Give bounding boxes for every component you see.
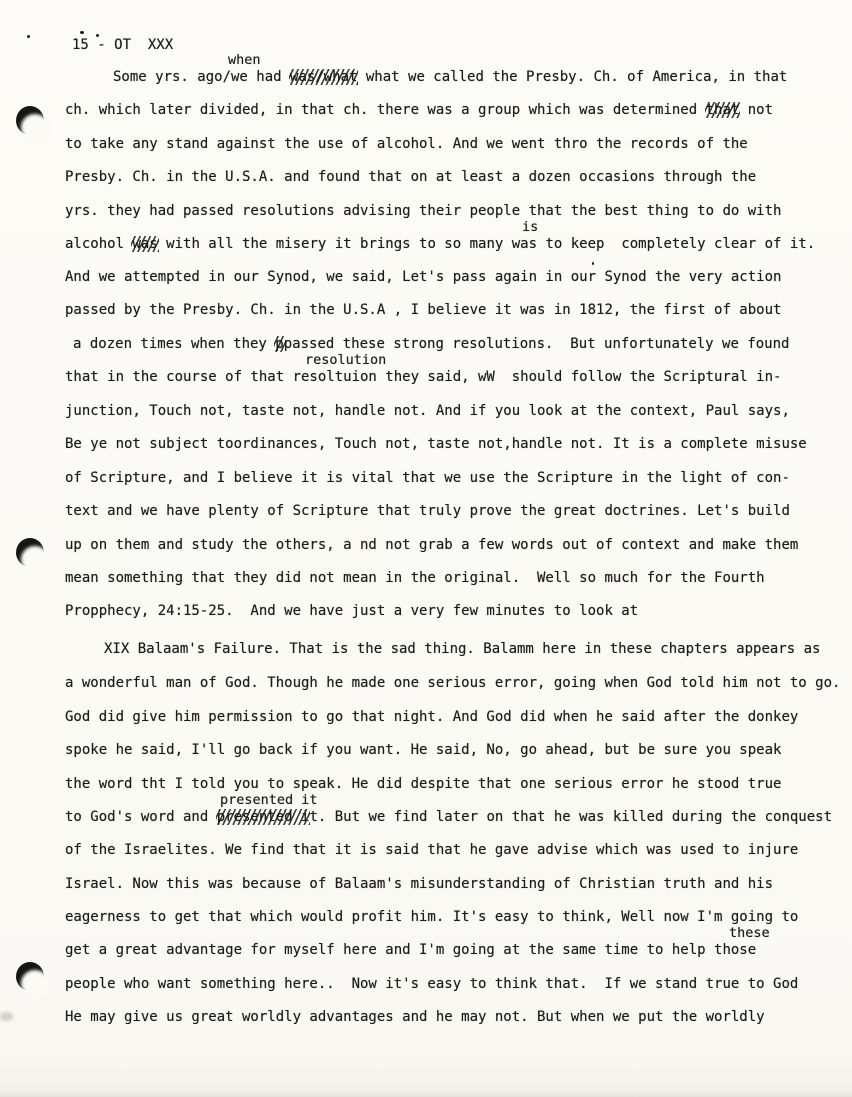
inserted-word: is (522, 219, 538, 235)
struck-text: presented i (217, 808, 310, 826)
typed-text: the word tht I told you to speak. He did… (65, 776, 781, 792)
typed-text: people who want something here.. Now it'… (65, 976, 798, 992)
typed-text: passed by the Presby. Ch. in the U.S.A ,… (65, 302, 781, 318)
typed-text: alcohol (65, 236, 132, 252)
typed-text: not (739, 102, 773, 118)
typed-line: of the Israelites. We find that it is sa… (65, 841, 798, 859)
typed-line: Propphecy, 24:15-25. And we have just a … (65, 602, 638, 620)
typed-line: text and we have plenty of Scripture tha… (65, 502, 790, 520)
typed-line: a wonderful man of God. Though he made o… (65, 674, 840, 692)
typed-text: text and we have plenty of Scripture tha… (65, 503, 790, 519)
inserted-word: presented it (220, 792, 318, 808)
typed-text: to God's word and (65, 809, 217, 825)
struck-text: was (132, 235, 157, 253)
typed-text: XIX Balaam's Failure. That is the sad th… (104, 641, 820, 657)
typed-text: a dozen times when they (73, 336, 275, 352)
typed-line: of Scripture, and I believe it is vital … (65, 469, 790, 487)
typed-text: t. But we find later on that he was kill… (309, 809, 832, 825)
typed-text: that in the course of that resoltuion th… (65, 369, 781, 385)
typed-text: get a great advantage for myself here an… (65, 942, 756, 958)
typed-text: Some yrs. ago/we had (113, 69, 290, 85)
punch-hole-mark (16, 106, 44, 135)
typed-line: junction, Touch not, taste not, handle n… (65, 402, 790, 420)
struck-text: p (275, 335, 283, 353)
typed-line: passed by the Presby. Ch. in the U.S.A ,… (65, 301, 781, 319)
typed-line: Some yrs. ago/we had was/what what we ca… (113, 68, 787, 86)
typed-text: up on them and study the others, a nd no… (65, 537, 798, 553)
typed-text: of the Israelites. We find that it is sa… (65, 842, 798, 858)
punch-hole-mark (16, 962, 44, 991)
typed-line: the word tht I told you to speak. He did… (65, 775, 781, 793)
typed-line: spoke he said, I'll go back if you want.… (65, 741, 781, 759)
typed-text: yrs. they had passed resolutions advisin… (65, 203, 781, 219)
typed-text: eagerness to get that which would profit… (65, 909, 798, 925)
typed-text: And we attempted in our Synod, we said, … (65, 269, 781, 285)
typed-text: a wonderful man of God. Though he made o… (65, 675, 840, 691)
struck-text: that (706, 101, 740, 119)
typed-line: get a great advantage for myself here an… (65, 941, 756, 959)
typed-text: Be ye not subject toordinances, Touch no… (65, 436, 807, 452)
typed-text: mean something that they did not mean in… (65, 570, 765, 586)
typed-text: God did give him permission to go that n… (65, 709, 798, 725)
typed-line: ch. which later divided, in that ch. the… (65, 101, 773, 119)
typed-text: of Scripture, and I believe it is vital … (65, 470, 790, 486)
punch-hole-mark (16, 538, 44, 567)
typed-text: junction, Touch not, taste not, handle n… (65, 403, 790, 419)
typed-line: Israel. Now this was because of Balaam's… (65, 875, 773, 893)
typed-text: Presby. Ch. in the U.S.A. and found that… (65, 169, 756, 185)
typed-line: God did give him permission to go that n… (65, 708, 798, 726)
ink-speck (80, 31, 84, 34)
inserted-word: when (228, 52, 261, 68)
typed-line: people who want something here.. Now it'… (65, 975, 798, 993)
typed-line: to God's word and presented it. But we f… (65, 808, 832, 826)
ink-speck (96, 34, 99, 37)
typed-line: to take any stand against the use of alc… (65, 135, 748, 153)
typed-line: a dozen times when they ppassed these st… (73, 335, 789, 353)
typed-line: alcohol was with all the misery it bring… (65, 235, 815, 253)
typed-text: Israel. Now this was because of Balaam's… (65, 876, 773, 892)
typed-text: passed these strong resolutions. But unf… (284, 336, 790, 352)
typed-line: yrs. they had passed resolutions advisin… (65, 202, 781, 220)
page: 15 - OT XXX Some yrs. ago/we had was/wha… (0, 0, 852, 1097)
typed-line: that in the course of that resoltuion th… (65, 368, 781, 386)
typed-line: Be ye not subject toordinances, Touch no… (65, 435, 807, 453)
typed-text: what we called the Presby. Ch. of Americ… (357, 69, 787, 85)
typed-text: Propphecy, 24:15-25. And we have just a … (65, 603, 638, 619)
struck-text: was/what (290, 68, 357, 86)
ink-speck (0, 1012, 13, 1021)
inserted-word: resolution (305, 352, 386, 368)
typed-text: with all the misery it brings to so many… (158, 236, 815, 252)
typed-line: XIX Balaam's Failure. That is the sad th… (104, 640, 820, 658)
typed-line: He may give us great worldly advantages … (65, 1008, 765, 1026)
page-number-heading: 15 - OT XXX (72, 37, 173, 53)
typed-line: eagerness to get that which would profit… (65, 908, 798, 926)
inserted-word: these (729, 925, 770, 941)
typed-text: ch. which later divided, in that ch. the… (65, 102, 706, 118)
page-bottom-shadow (0, 1089, 852, 1097)
typed-text: spoke he said, I'll go back if you want.… (65, 742, 781, 758)
ink-speck (592, 262, 594, 265)
ink-speck (27, 35, 30, 38)
typed-line: Presby. Ch. in the U.S.A. and found that… (65, 168, 756, 186)
typed-line: up on them and study the others, a nd no… (65, 536, 798, 554)
typed-text: He may give us great worldly advantages … (65, 1009, 765, 1025)
typed-line: mean something that they did not mean in… (65, 569, 765, 587)
typed-text: to take any stand against the use of alc… (65, 136, 748, 152)
typed-line: And we attempted in our Synod, we said, … (65, 268, 781, 286)
